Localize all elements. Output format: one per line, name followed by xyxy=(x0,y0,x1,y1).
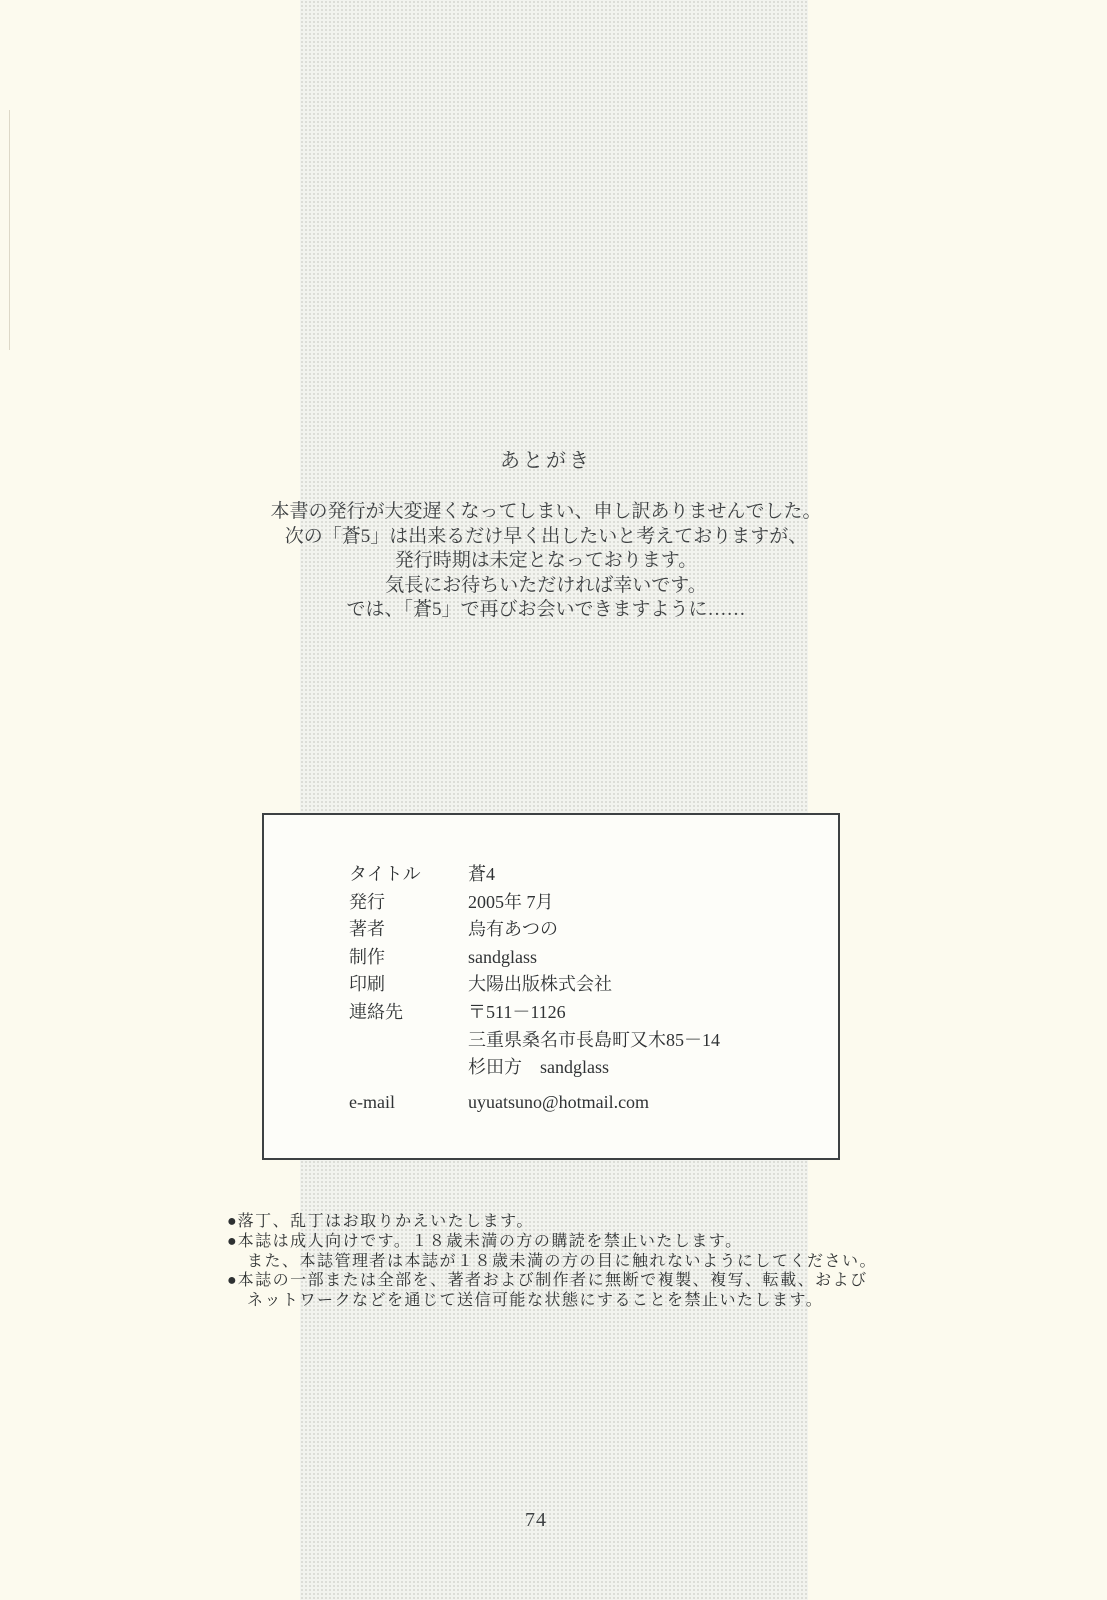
bullet-icon: ● xyxy=(227,1213,237,1230)
colophon-row-title: タイトル 蒼4 xyxy=(349,861,838,889)
colophon-label: タイトル xyxy=(349,861,468,889)
notice-line-continuation: また、本誌管理者は本誌が１８歳未満の方の目に触れないようにしてください。 xyxy=(227,1252,877,1272)
colophon-label xyxy=(349,1054,468,1082)
colophon-label: 著者 xyxy=(349,916,468,944)
colophon-value: 杉田方 sandglass xyxy=(468,1054,609,1082)
scanned-page: あとがき 本書の発行が大変遅くなってしまい、申し訳ありませんでした。 次の「蒼5… xyxy=(0,0,1107,1600)
colophon-row-published: 発行 2005年 7月 xyxy=(349,889,838,917)
notice-line: ●本誌は成人向けです。１８歳未満の方の購読を禁止いたします。 xyxy=(227,1232,877,1252)
colophon-value: uyuatsuno@hotmail.com xyxy=(468,1089,649,1117)
colophon-label: e-mail xyxy=(349,1089,468,1117)
colophon-value: 2005年 7月 xyxy=(468,889,554,917)
bullet-icon: ● xyxy=(227,1272,237,1289)
colophon-value: 大陽出版株式会社 xyxy=(468,971,612,999)
colophon-row-production: 制作 sandglass xyxy=(349,944,838,972)
afterword-line: では、「蒼5」で再びお会いできますように…… xyxy=(240,598,852,623)
colophon-value: 〒511－1126 xyxy=(468,999,566,1027)
colophon-row-author: 著者 烏有あつの xyxy=(349,916,838,944)
notice-text: 落丁、乱丁はお取りかえいたします。 xyxy=(238,1213,534,1230)
colophon-label xyxy=(349,1027,468,1055)
afterword-line: 発行時期は未定となっております。 xyxy=(240,549,852,574)
notice-text: また、本誌管理者は本誌が１８歳未満の方の目に触れないようにしてください。 xyxy=(247,1253,877,1270)
afterword-heading: あとがき xyxy=(240,444,852,473)
notice-text: 本誌の一部または全部を、著者および制作者に無断で複製、複写、転載、および xyxy=(238,1272,868,1289)
bullet-icon: ● xyxy=(227,1233,237,1250)
scan-edge-artifact xyxy=(9,110,10,350)
colophon-row-address: 三重県桑名市長島町又木85－14 xyxy=(349,1027,838,1055)
notice-line-continuation: ネットワークなどを通じて送信可能な状態にすることを禁止いたします。 xyxy=(227,1291,877,1311)
afterword-body: 本書の発行が大変遅くなってしまい、申し訳ありませんでした。 次の「蒼5」は出来る… xyxy=(240,500,852,623)
colophon-value: 三重県桑名市長島町又木85－14 xyxy=(468,1027,720,1055)
afterword-line: 本書の発行が大変遅くなってしまい、申し訳ありませんでした。 xyxy=(240,500,852,525)
page-number: 74 xyxy=(300,1509,772,1532)
colophon-label: 発行 xyxy=(349,889,468,917)
colophon-row-address2: 杉田方 sandglass xyxy=(349,1054,838,1082)
colophon-row-email: e-mail uyuatsuno@hotmail.com xyxy=(349,1089,838,1117)
colophon-label: 連絡先 xyxy=(349,999,468,1027)
colophon-value: 烏有あつの xyxy=(468,916,558,944)
notices-section: ●落丁、乱丁はお取りかえいたします。 ●本誌は成人向けです。１８歳未満の方の購読… xyxy=(227,1212,877,1311)
colophon-label: 印刷 xyxy=(349,971,468,999)
colophon-value: sandglass xyxy=(468,944,537,972)
colophon-label: 制作 xyxy=(349,944,468,972)
colophon-rows: タイトル 蒼4 発行 2005年 7月 著者 烏有あつの 制作 sandglas… xyxy=(264,815,838,1116)
afterword-line: 次の「蒼5」は出来るだけ早く出したいと考えておりますが、 xyxy=(240,525,852,550)
afterword-section: あとがき 本書の発行が大変遅くなってしまい、申し訳ありませんでした。 次の「蒼5… xyxy=(240,444,852,623)
notice-text: 本誌は成人向けです。１８歳未満の方の購読を禁止いたします。 xyxy=(238,1233,743,1250)
colophon-box: タイトル 蒼4 発行 2005年 7月 著者 烏有あつの 制作 sandglas… xyxy=(262,813,840,1160)
notice-line: ●落丁、乱丁はお取りかえいたします。 xyxy=(227,1212,877,1232)
afterword-line: 気長にお待ちいただければ幸いです。 xyxy=(240,574,852,599)
notice-line: ●本誌の一部または全部を、著者および制作者に無断で複製、複写、転載、および xyxy=(227,1271,877,1291)
colophon-value: 蒼4 xyxy=(468,861,495,889)
halftone-scan-band xyxy=(300,0,808,1600)
notice-text: ネットワークなどを通じて送信可能な状態にすることを禁止いたします。 xyxy=(247,1292,823,1309)
colophon-row-printer: 印刷 大陽出版株式会社 xyxy=(349,971,838,999)
colophon-row-contact: 連絡先 〒511－1126 xyxy=(349,999,838,1027)
